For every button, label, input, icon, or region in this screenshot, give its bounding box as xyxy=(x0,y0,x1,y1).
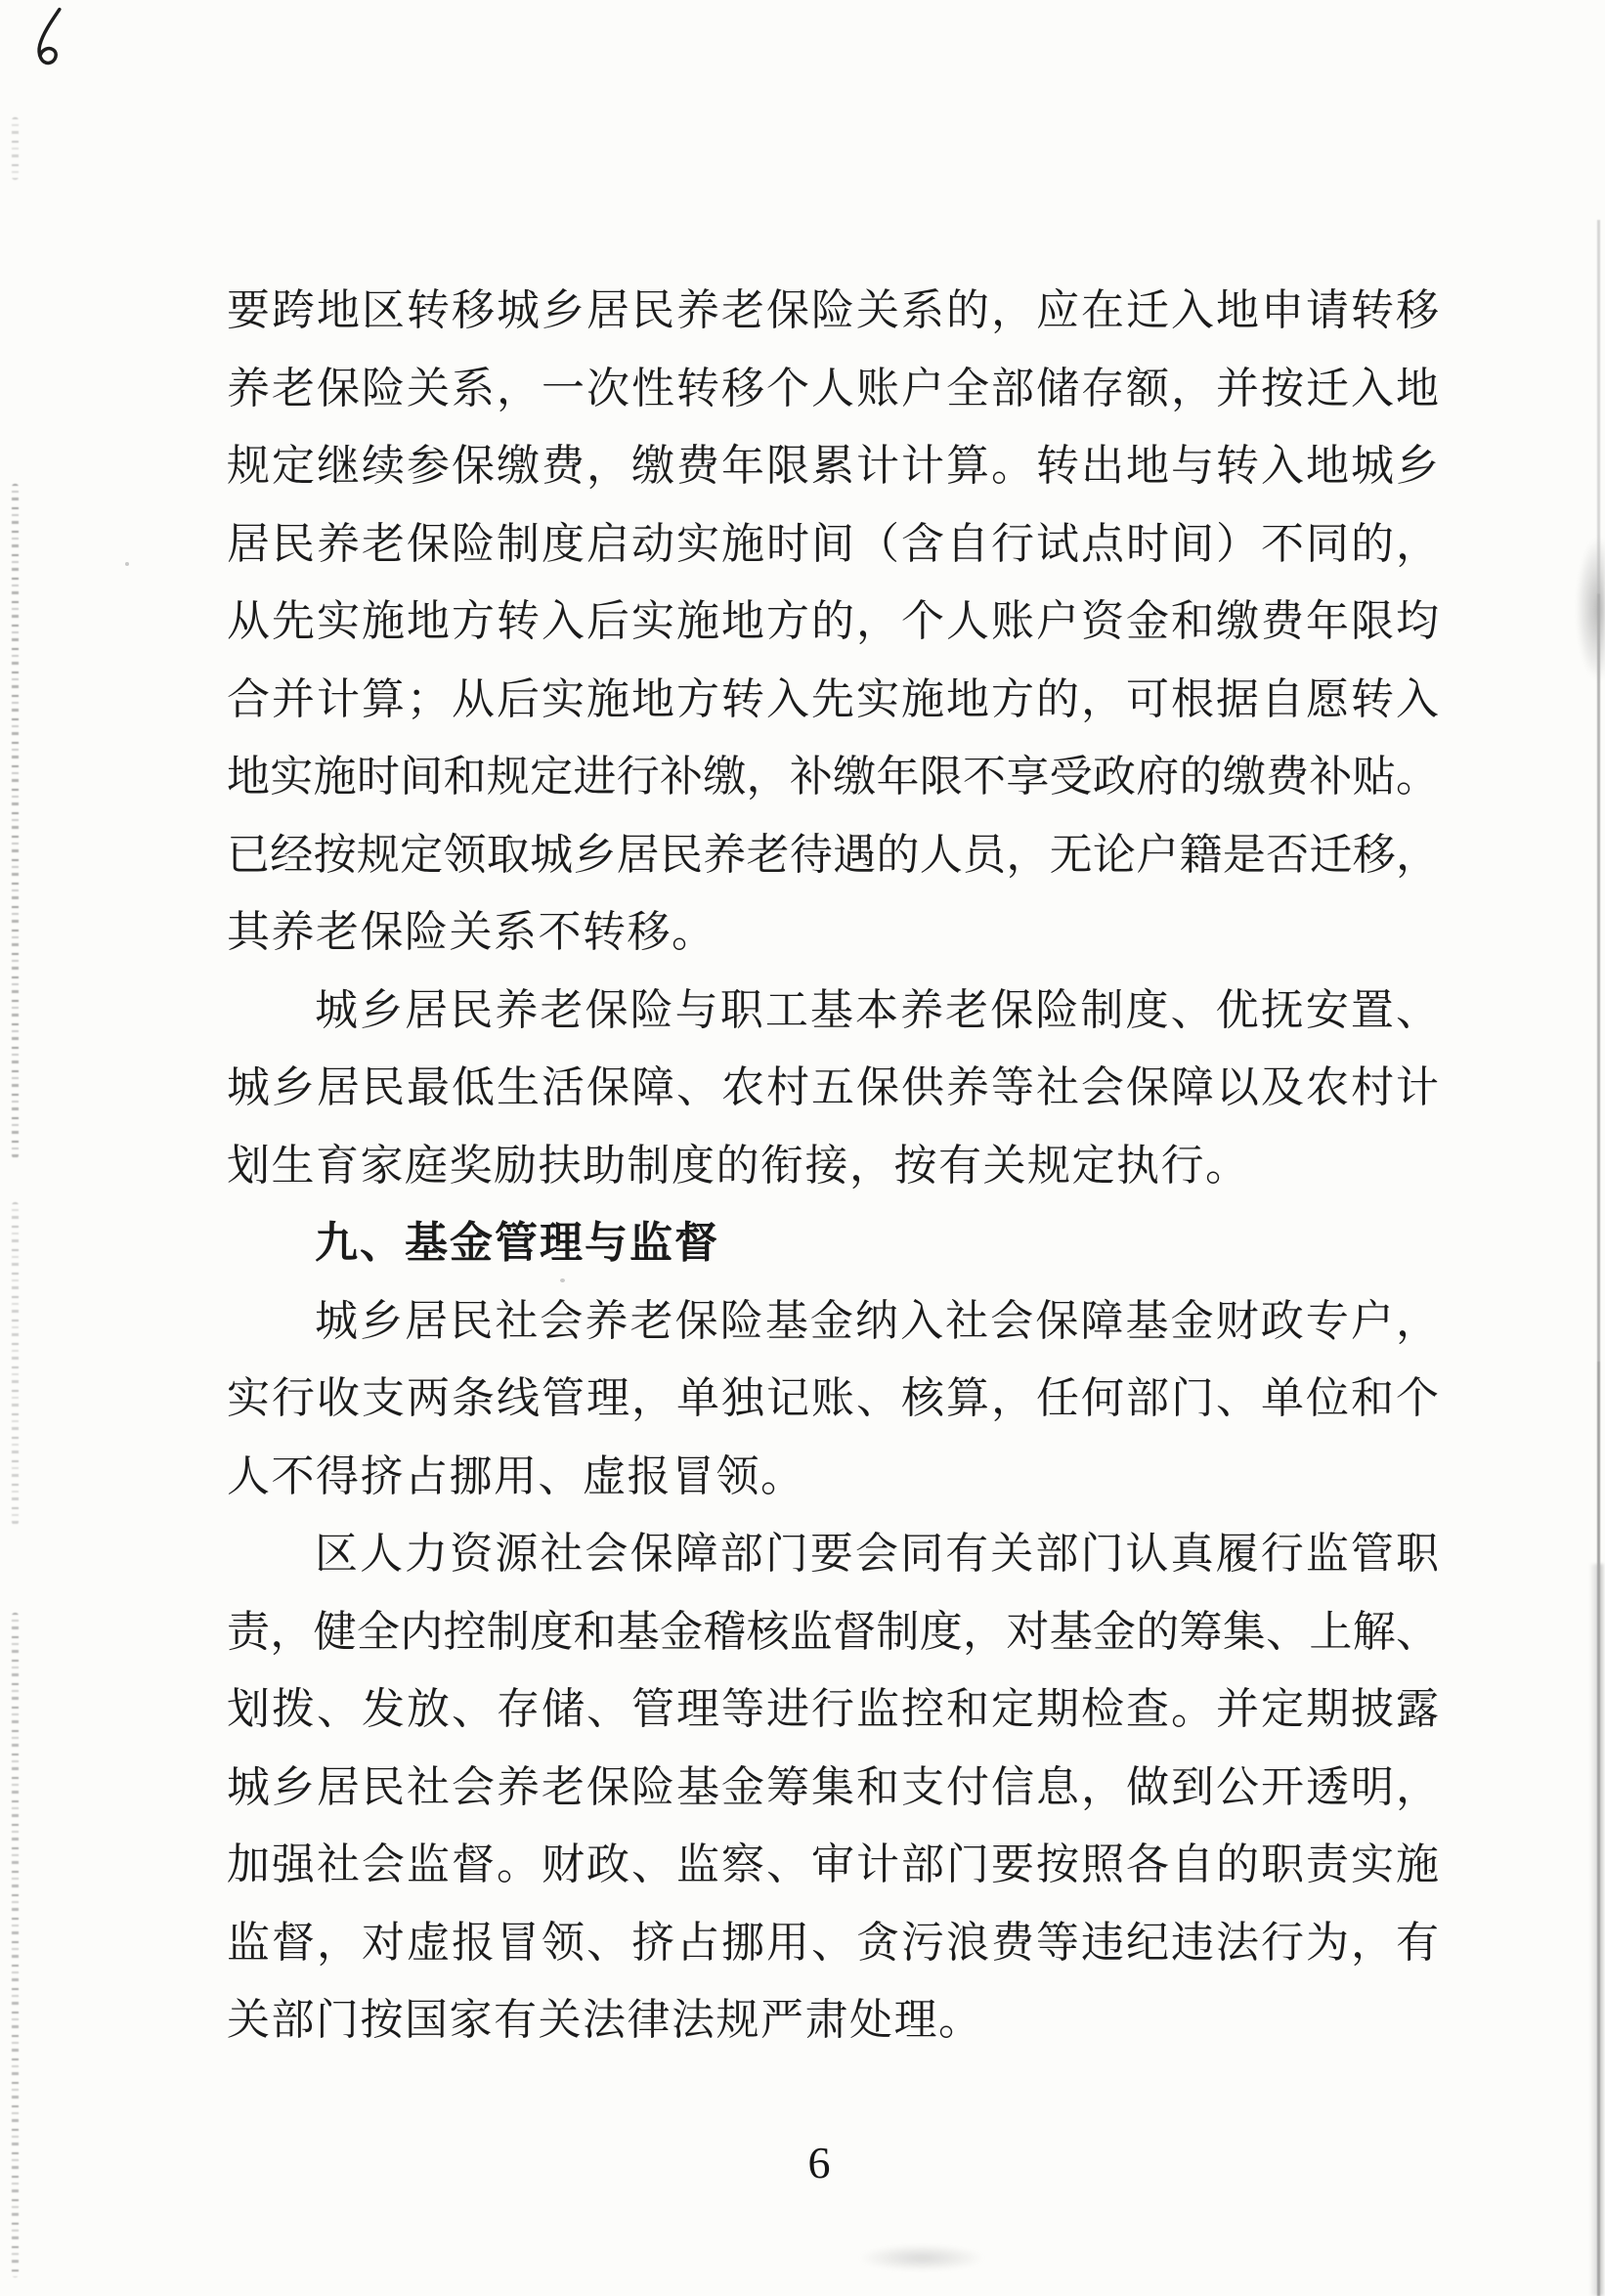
text-line: 划拨、发放、存储、管理等进行监控和定期检查。并定期披露 xyxy=(227,1670,1439,1749)
handwritten-page-number xyxy=(27,5,69,69)
text-line: 养老保险关系，一次性转移个人账户全部储存额，并按迁入地 xyxy=(227,350,1439,428)
scan-artifact-left-speckles xyxy=(12,117,19,180)
scan-artifact-left-speckles xyxy=(12,1202,19,1525)
text-line: 已经按规定领取城乡居民养老待遇的人员，无论户籍是否迁移， xyxy=(227,816,1439,894)
text-line: 城乡居民社会养老保险基金纳入社会保障基金财政专户， xyxy=(227,1282,1439,1361)
text-line: 责，健全内控制度和基金稽核监督制度，对基金的筹集、上解、 xyxy=(227,1593,1439,1671)
scan-artifact-speck xyxy=(560,1278,565,1282)
page-number: 6 xyxy=(808,2137,831,2188)
text-line: 其养老保险关系不转移。 xyxy=(227,893,1439,972)
scan-artifact-right-edge-shadow xyxy=(1589,1564,1603,2296)
scan-artifact-right-edge-blob xyxy=(1576,536,1605,682)
text-line: 划生育家庭奖励扶助制度的衔接，按有关规定执行。 xyxy=(227,1127,1439,1205)
scan-artifact-speck xyxy=(125,562,129,566)
text-line: 合并计算；从后实施地方转入先实施地方的，可根据自愿转入 xyxy=(227,661,1439,739)
text-line: 地实施时间和规定进行补缴，补缴年限不享受政府的缴费补贴。 xyxy=(227,738,1439,816)
scan-artifact-left-speckles xyxy=(12,1613,19,2277)
text-line: 居民养老保险制度启动实施时间（含自行试点时间）不同的， xyxy=(227,505,1439,584)
text-line: 人不得挤占挪用、虚报冒领。 xyxy=(227,1438,1439,1516)
text-line: 区人力资源社会保障部门要会同有关部门认真履行监管职 xyxy=(227,1515,1439,1593)
scan-artifact-bottom-smudge xyxy=(858,2244,985,2272)
section-heading: 九、基金管理与监督 xyxy=(227,1204,1439,1282)
text-line: 从先实施地方转入后实施地方的，个人账户资金和缴费年限均 xyxy=(227,583,1439,661)
text-line: 规定继续参保缴费，缴费年限累计计算。转出地与转入地城乡 xyxy=(227,427,1439,505)
text-line: 城乡居民社会养老保险基金筹集和支付信息，做到公开透明， xyxy=(227,1749,1439,1827)
scan-artifact-left-speckles xyxy=(12,484,19,1158)
text-line: 实行收支两条线管理，单独记账、核算，任何部门、单位和个 xyxy=(227,1360,1439,1438)
text-line: 城乡居民最低生活保障、农村五保供养等社会保障以及农村计 xyxy=(227,1049,1439,1127)
text-line: 关部门按国家有关法律法规严肃处理。 xyxy=(227,1981,1439,2059)
text-line: 加强社会监督。财政、监察、审计部门要按照各自的职责实施 xyxy=(227,1826,1439,1904)
text-line: 监督，对虚报冒领、挤占挪用、贪污浪费等违纪违法行为，有 xyxy=(227,1904,1439,1982)
document-page: 要跨地区转移城乡居民养老保险关系的，应在迁入地申请转移养老保险关系，一次性转移个… xyxy=(0,0,1605,2296)
body-text: 要跨地区转移城乡居民养老保险关系的，应在迁入地申请转移养老保险关系，一次性转移个… xyxy=(227,272,1439,2059)
text-line: 城乡居民养老保险与职工基本养老保险制度、优抚安置、 xyxy=(227,972,1439,1050)
text-line: 要跨地区转移城乡居民养老保险关系的，应在迁入地申请转移 xyxy=(227,272,1439,350)
